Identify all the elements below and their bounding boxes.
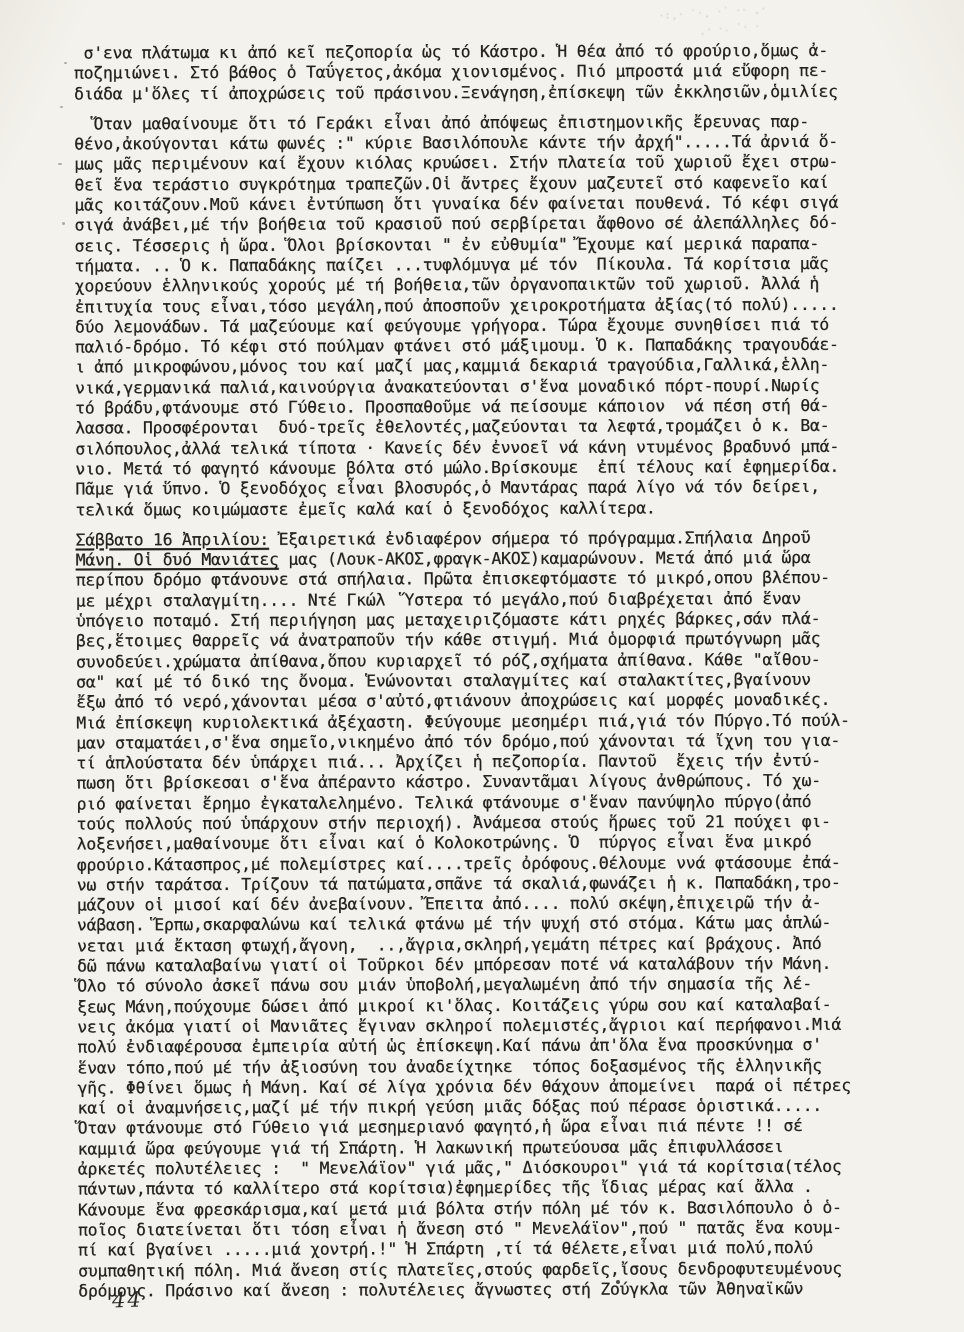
text-line: λασσα. Προσφέρονται δυό-τρεῖς ἐθελοντές,…	[75, 416, 921, 439]
text-line: ἔξω ἀπό τό νερό,χάνονται μέσα σ'αὐτό,φτι…	[76, 690, 922, 713]
entry-date-heading: Σάββατο 16 Ἀπριλίου:	[76, 530, 269, 550]
text-line: τελικά ὅμως κοιμώμαστε ἐμεῖς καλά καί ὁ …	[75, 497, 921, 520]
text-line: χορεύουν ἑλληνικούς χορούς μέ τή βοήθεια…	[75, 274, 921, 297]
text-line: Ὅταν φτάνουμε στό Γύθειο γιά μεσημεριανό…	[78, 1116, 924, 1139]
text-line: συνοδεύει.χρώματα ἀπίθανα,ὅπου κυριαρχεῖ…	[76, 649, 922, 672]
scan-speck	[62, 222, 65, 225]
entry-subheading-rest: μας (Λουκ-ΑΚΟΣ,φραγκ-ΑΚΟΣ)καμαρώνουν. Με…	[279, 548, 811, 569]
text-line: διάδα μ'ὅλες τί ἀποχρώσεις τοῦ πράσινου.…	[74, 81, 920, 104]
scan-speck	[58, 163, 62, 165]
text-line: Κάνουμε ἕνα φρεσκάρισμα,καί μετά μιά βόλ…	[78, 1197, 924, 1220]
page-number: 44	[112, 1287, 144, 1312]
scan-smudge: ¸· ·. ˙· ·	[700, 22, 762, 36]
text-line: ἐπιτυχία τους εἶναι,τόσο μεγάλη,πού ἀποσ…	[75, 294, 921, 317]
text-line: πολύ ἐνδιαφέρουσα ἐμπειρία αὐτή ὡς ἐπίσκ…	[77, 1035, 923, 1058]
text-line: συμπαθητική πόλη. Μιά ἄνεση στίς πλατεῖε…	[78, 1258, 924, 1281]
text-line: φρούριο.Κάτασπρος,μέ πολεμίστρες καί....…	[77, 852, 923, 875]
entry-body-lines: περίπου δρόμο φτάνουνε στά σπήλαια. Πρῶτ…	[76, 568, 925, 1302]
typewritten-text: σ'ενα πλάτωμα κι ἀπό κεῖ πεζοπορία ὡς τό…	[74, 41, 924, 1302]
text-line: δρόμους. Πράσινο καί ἄνεση : πολυτέλειες…	[78, 1278, 924, 1301]
entry-subheading: Μάνη. Οἱ δυό Μανιάτες	[76, 550, 279, 570]
text-line: πωση ὅτι βρίσκεσαι σ'ἕνα ἀπέραντο κάστρο…	[76, 771, 922, 794]
diary-entry-april-16: Σάββατο 16 Ἀπριλίου: Ἐξαιρετικά ἐνδιαφέρ…	[76, 527, 925, 1301]
text-line: Πᾶμε γιά ὕπνο. Ὁ ξενοδόχος εἶναι βλοσυρό…	[75, 477, 921, 500]
text-line: σιλόπουλος,ἀλλά τελικά τίποτα · Κανείς δ…	[75, 436, 921, 459]
text-line: Ὅλο τό σύνολο ἀσκεῖ πάνω σου μιάν ὑποβολ…	[77, 974, 923, 997]
scanned-document-page: ·:¸· ˙·¸ ·˙ ·· ¸· ¸· ·. ˙· · σ'ενα πλάτω…	[0, 0, 964, 1332]
text-line: ποζημιώνει. Στό βάθος ὁ Ταΰγετος,ἀκόμα χ…	[74, 61, 920, 84]
text-line: ι ἀπό μικροφώνου,μόνος του καί μαζί μας,…	[75, 355, 921, 378]
text-line: Μιά ἐπίσκεψη κυριολεκτικά ἀξέχαστη. Φεύγ…	[76, 710, 922, 733]
paragraph-geraki: Ὅταν μαθαίνουμε ὅτι τό Γεράκι εἶναι ἀπό …	[74, 111, 921, 520]
entry-heading-rest: Ἐξαιρετικά ἐνδιαφέρον σήμερα τό πρόγραμμ…	[269, 528, 810, 549]
text-line: ἕναν τόπο,πού μέ τήν ἀξιοσύνη του ἀναδεί…	[77, 1055, 923, 1078]
text-line: μως μᾶς περιμένουν καί ἔχουν κιόλας κρυώ…	[74, 152, 920, 175]
paragraph-intro: σ'ενα πλάτωμα κι ἀπό κεῖ πεζοπορία ὡς τό…	[74, 41, 920, 105]
scan-speck	[64, 62, 67, 64]
text-line: περίπου δρόμο φτάνουνε στά σπήλαια. Πρῶτ…	[76, 568, 922, 591]
text-line: σιγά ἀνάβει,μέ τήν βοήθεια τοῦ κρασιοῦ π…	[74, 213, 920, 236]
text-line: βες,ἕτοιμες θαρρεῖς νά ἀνατραποῦν τήν κά…	[76, 629, 922, 652]
text-line: ξεως Μάνη,πούχουμε δώσει ἀπό μικροί κι'ὅ…	[77, 994, 923, 1017]
text-line: λοξενήσει,μαθαίνουμε ὅτι εἶναι καί ὁ Κολ…	[77, 832, 923, 855]
text-line: πάντων,πάντα τό καλλίτερο στά κορίτσια)ἐ…	[78, 1177, 924, 1200]
scan-speck	[60, 106, 63, 108]
text-line: πί καί βγαίνει .....μιά χοντρή.!" Ἡ Σπάρ…	[78, 1238, 924, 1261]
text-line: νάβαση. Ἕρπω,σκαρφαλώνω καί τελικά φτάνω…	[77, 913, 923, 936]
scan-smudge: ·:¸· ˙·¸ ·˙ ·· ¸·	[660, 4, 768, 22]
